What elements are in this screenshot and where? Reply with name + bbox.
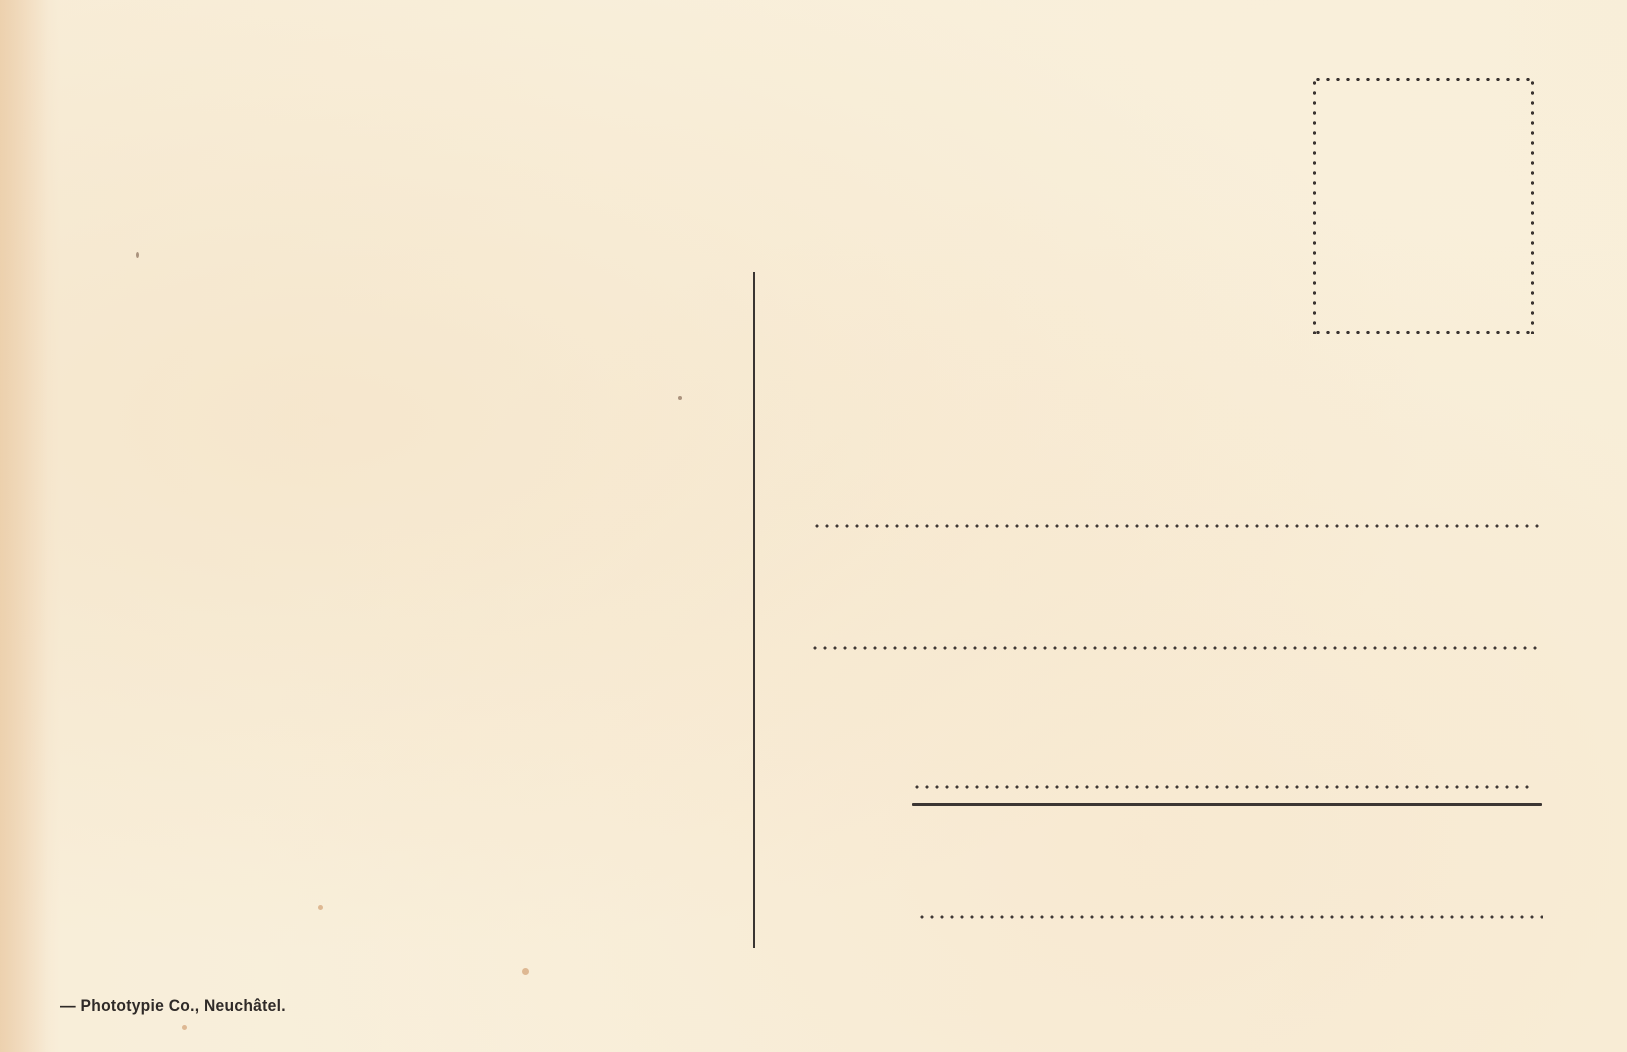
stamp-box: [1313, 78, 1534, 334]
message-address-divider: [753, 272, 755, 948]
postcard-back: — Phototypie Co., Neuchâtel.: [0, 0, 1627, 1052]
address-line-3-dotted: [912, 785, 1532, 789]
paper-speck: [318, 905, 323, 910]
address-line-4: [917, 915, 1543, 919]
paper-speck: [678, 396, 682, 400]
paper-speck: [182, 1025, 187, 1030]
address-line-2: [810, 646, 1542, 650]
publisher-imprint: — Phototypie Co., Neuchâtel.: [60, 996, 286, 1016]
paper-edge-shading: [0, 0, 48, 1052]
address-line-3-underline: [912, 803, 1542, 806]
paper-speck: [522, 968, 529, 975]
address-line-1: [812, 524, 1542, 528]
paper-speck: [136, 252, 139, 258]
